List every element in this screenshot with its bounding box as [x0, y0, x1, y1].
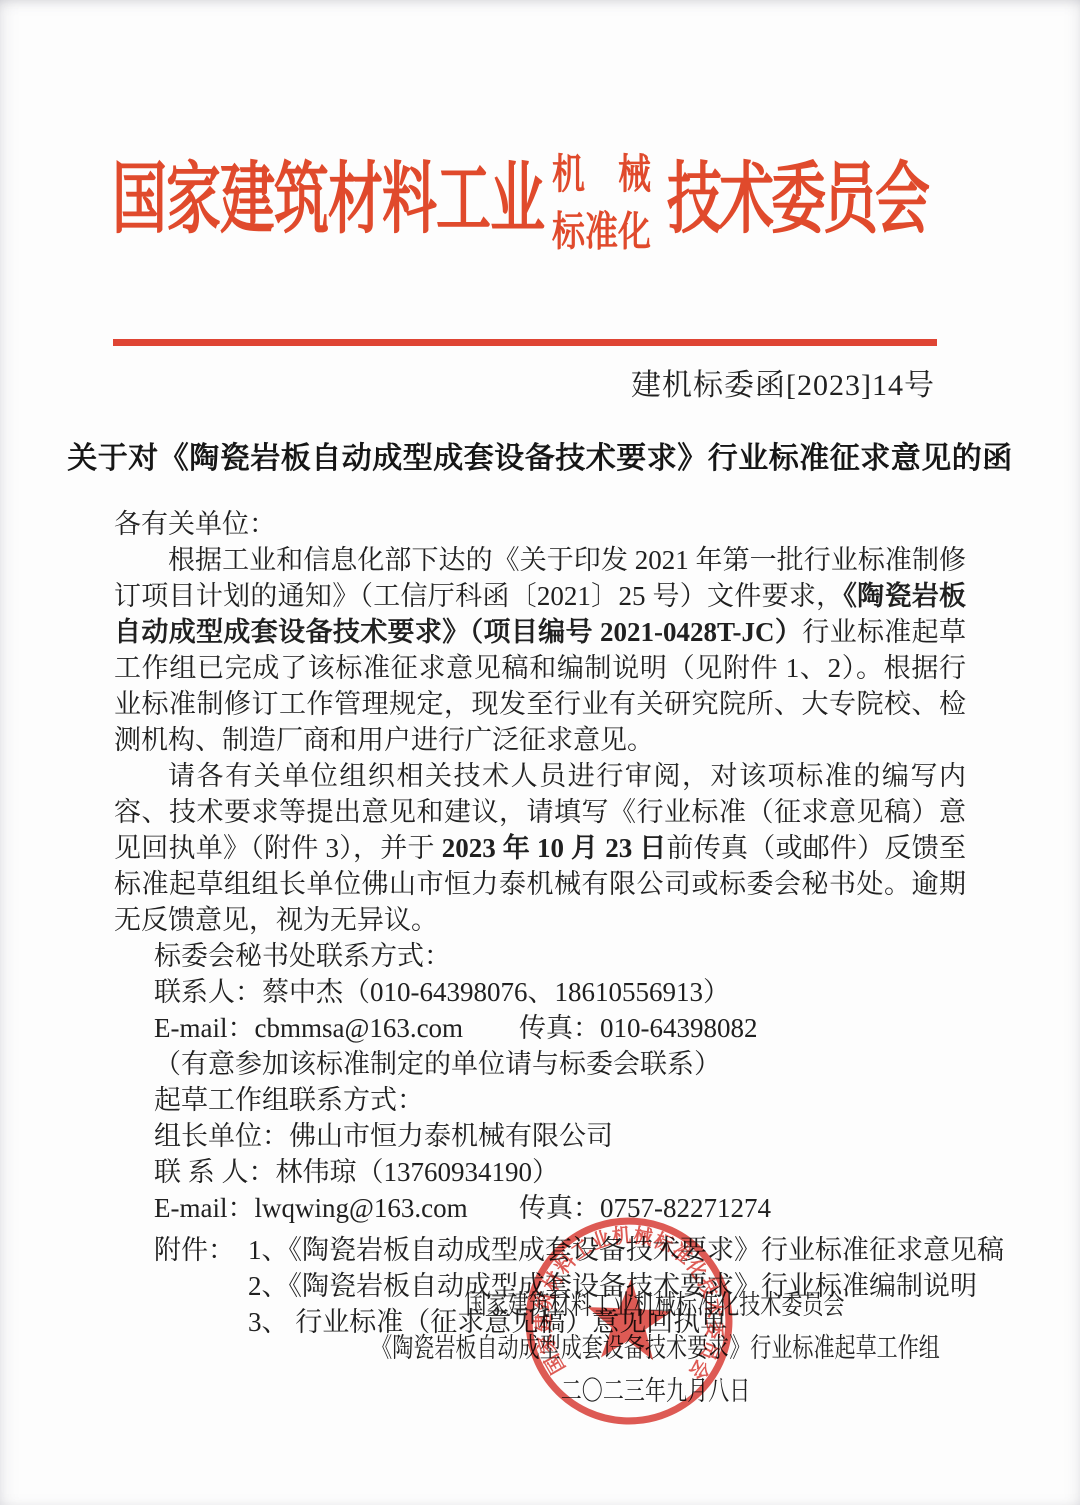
contact-text: 联系人：蔡中杰（010-64398076、18610556913） [154, 977, 730, 1007]
contact-line: 标委会秘书处联系方式： [114, 938, 966, 974]
star-icon [585, 1276, 673, 1361]
attachments-label [154, 1304, 248, 1340]
contact-text: E-mail：lwqwing@163.com [154, 1193, 468, 1223]
letterhead-left-text: 国家建筑材料工业 [112, 160, 544, 238]
contact-block: 标委会秘书处联系方式：联系人：蔡中杰（010-64398076、18610556… [114, 938, 966, 1226]
attachments-label [154, 1268, 248, 1304]
contact-line: 联 系 人：林伟琼（13760934190） [114, 1154, 966, 1190]
letterhead-right-text: 技术委员会 [667, 160, 927, 238]
letter-title: 关于对《陶瓷岩板自动成型成套设备技术要求》行业标准征求意见的函 [0, 433, 1080, 477]
letterhead-stack-top: 机 械 [552, 156, 651, 197]
document-number: 建机标委函[2023]14号 [0, 360, 935, 404]
contact-line: E-mail：cbmmsa@163.com传真：010-64398082 [114, 1010, 966, 1046]
body-paragraph: 请各有关单位组织相关技术人员进行审阅，对该项标准的编写内容、技术要求等提出意见和… [114, 758, 966, 938]
body-paragraph: 根据工业和信息化部下达的《关于印发 2021 年第一批行业标准制修订项目计划的通… [114, 542, 966, 758]
attachments-label: 附件： [154, 1232, 248, 1268]
contact-line: 组长单位：佛山市恒力泰机械有限公司 [114, 1118, 966, 1154]
official-stamp: 国家建筑材料工业机械标准化技术委员会 [517, 1209, 742, 1434]
text-run: 根据工业和信息化部下达的《关于印发 2021 年第一批行业标准制修订项目计划的通… [114, 545, 966, 611]
contact-line: 联系人：蔡中杰（010-64398076、18610556913） [114, 974, 966, 1010]
contact-line: （有意参加该标准制定的单位请与标委会联系） [114, 1046, 966, 1082]
scanned-letter-page: 国家建筑材料工业 机 械 标准化 技术委员会 建机标委函[2023]14号 关于… [0, 0, 1080, 1505]
contact-line: 起草工作组联系方式： [114, 1082, 966, 1118]
letterhead-stack-bottom: 标准化 [552, 213, 651, 254]
salutation: 各有关单位： [114, 506, 966, 542]
letterhead-stacked-text: 机 械 标准化 [552, 156, 651, 254]
contact-text: 组长单位：佛山市恒力泰机械有限公司 [154, 1121, 613, 1151]
contact-text: 起草工作组联系方式： [154, 1085, 424, 1115]
contact-fax: 传真：010-64398082 [519, 1010, 758, 1046]
letterhead: 国家建筑材料工业 机 械 标准化 技术委员会 [112, 160, 927, 235]
contact-text: （有意参加该标准制定的单位请与标委会联系） [154, 1049, 721, 1079]
body-paragraphs: 根据工业和信息化部下达的《关于印发 2021 年第一批行业标准制修订项目计划的通… [114, 542, 966, 938]
stamp-graphic: 国家建筑材料工业机械标准化技术委员会 [517, 1209, 742, 1434]
contact-text: 标委会秘书处联系方式： [154, 941, 451, 971]
letterhead-divider-rule [113, 339, 937, 346]
bold-text-run: 2023 年 10 月 23 日 [442, 833, 667, 863]
contact-text: E-mail：cbmmsa@163.com [154, 1013, 463, 1043]
contact-text: 联 系 人：林伟琼（13760934190） [154, 1157, 559, 1187]
